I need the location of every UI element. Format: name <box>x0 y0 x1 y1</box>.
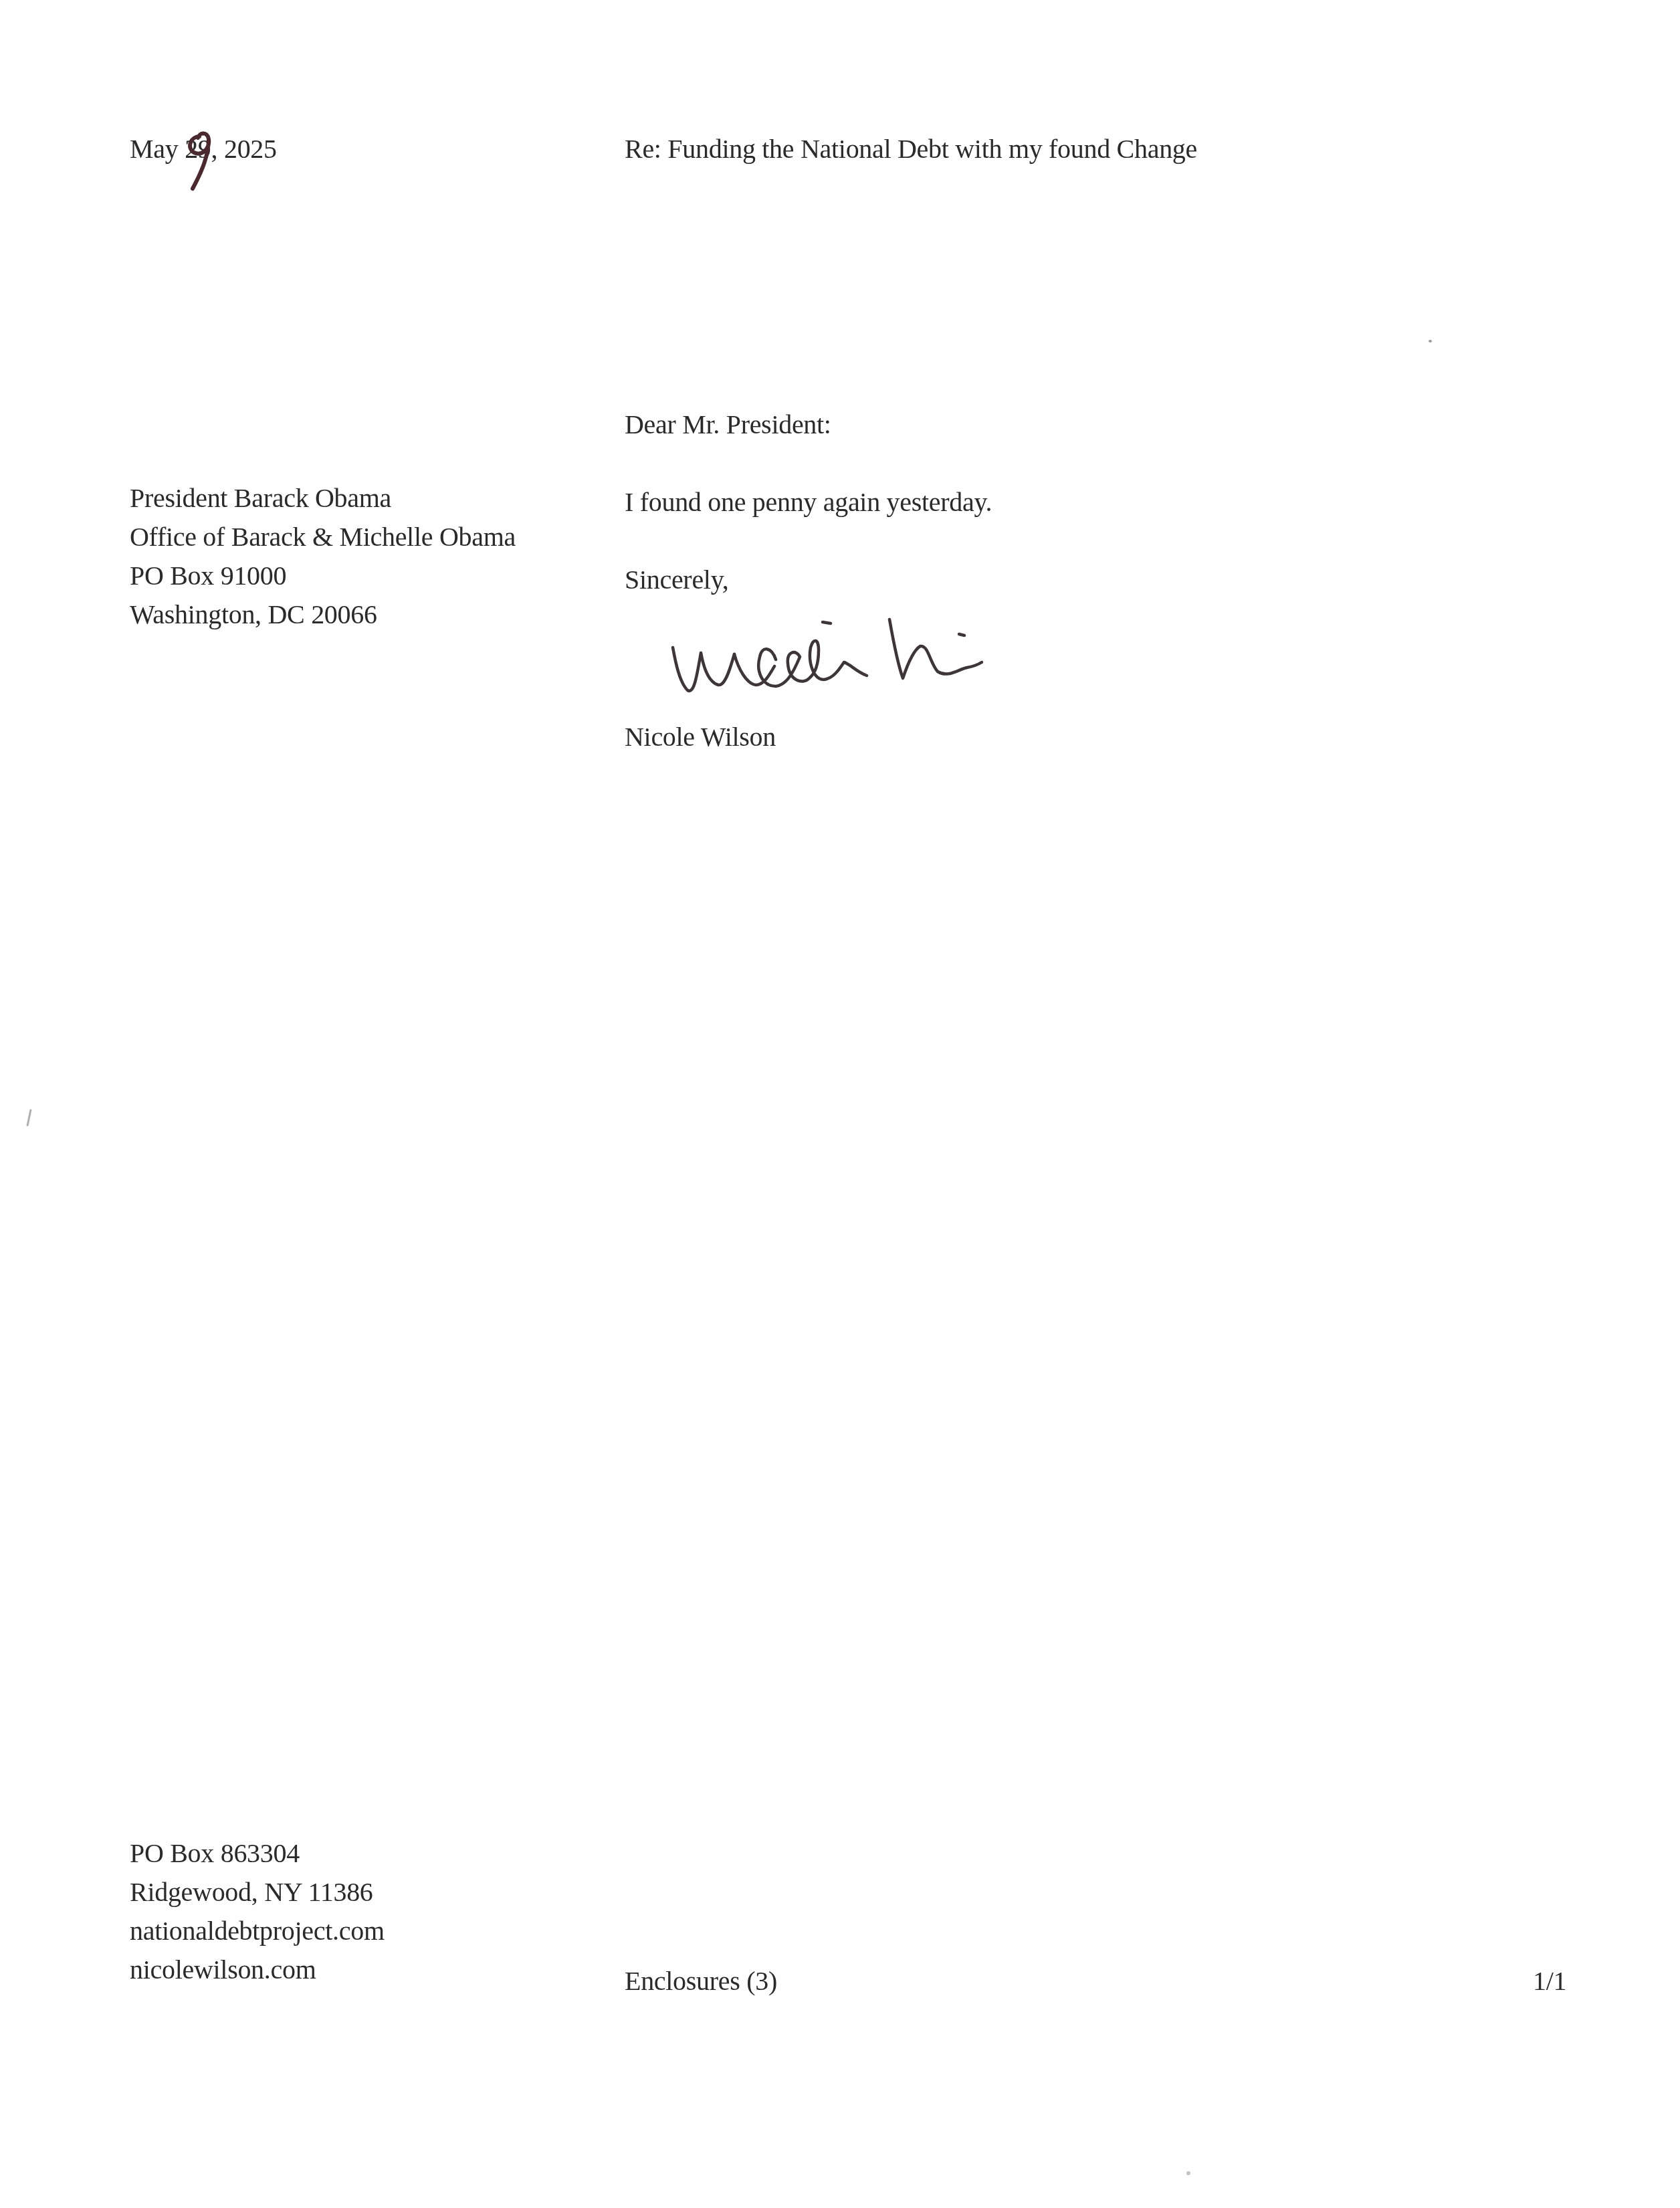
handwritten-date-correction <box>179 122 233 192</box>
sender-website-personal: nicolewilson.com <box>130 1950 385 1989</box>
sender-address: PO Box 863304 Ridgewood, NY 11386 nation… <box>130 1834 385 1989</box>
scan-speck <box>1429 340 1432 342</box>
recipient-po-box: PO Box 91000 <box>130 557 516 595</box>
salutation: Dear Mr. President: <box>625 411 831 438</box>
recipient-city: Washington, DC 20066 <box>130 595 516 634</box>
sender-website-project: nationaldebtproject.com <box>130 1912 385 1950</box>
subject-line: Re: Funding the National Debt with my fo… <box>625 136 1197 163</box>
letter-page: May 29, 2025 Re: Funding the National De… <box>0 0 1680 2208</box>
closing: Sincerely, <box>625 567 728 593</box>
enclosures-note: Enclosures (3) <box>625 1968 777 1995</box>
recipient-name: President Barack Obama <box>130 479 516 518</box>
signer-name: Nicole Wilson <box>625 724 776 750</box>
sender-city: Ridgewood, NY 11386 <box>130 1873 385 1912</box>
scan-speck <box>26 1109 31 1126</box>
scan-speck <box>1186 2171 1190 2175</box>
sender-po-box: PO Box 863304 <box>130 1834 385 1873</box>
handwritten-signature <box>662 615 983 706</box>
date-month: May <box>130 134 178 164</box>
recipient-address: President Barack Obama Office of Barack … <box>130 479 516 634</box>
letter-body: I found one penny again yesterday. <box>625 489 992 516</box>
recipient-office: Office of Barack & Michelle Obama <box>130 518 516 557</box>
page-number: 1/1 <box>1533 1968 1566 1995</box>
